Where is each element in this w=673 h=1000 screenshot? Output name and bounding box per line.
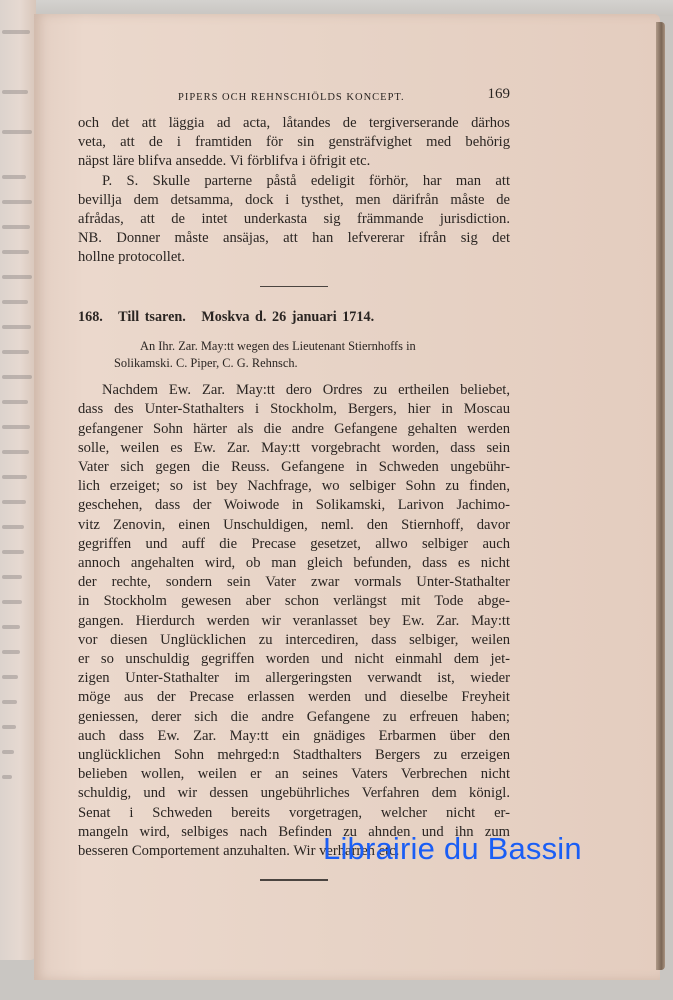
letter-place-date: Moskva d. 26 januari 1714.: [201, 309, 374, 325]
page-stack-edge: [656, 22, 665, 970]
page-number: 169: [488, 86, 511, 103]
page-text: PIPERS OCH REHNSCHIÖLDS KONCEPT. 169 och…: [78, 86, 510, 881]
letter-heading: 168. Till tsaren. Moskva d. 26 januari 1…: [78, 309, 510, 326]
section-divider: [260, 286, 328, 288]
facing-page-edge: [0, 0, 36, 960]
continued-paragraph: och det att läggia ad acta, låtandes de …: [78, 114, 510, 172]
letter-recipient: Till tsaren.: [118, 309, 186, 325]
letter-body: Nachdem Ew. Zar. May:tt dero Ordres zu e…: [78, 381, 510, 861]
running-header: PIPERS OCH REHNSCHIÖLDS KONCEPT. 169: [78, 86, 510, 108]
letter-summary: An Ihr. Zar. May:tt wegen des Lieutenant…: [114, 338, 510, 371]
letter-number: 168.: [78, 309, 103, 325]
end-divider: [260, 879, 328, 881]
watermark-text: Librairie du Bassin: [323, 831, 582, 867]
running-title: PIPERS OCH REHNSCHIÖLDS KONCEPT.: [178, 92, 405, 103]
postscript-paragraph: P. S. Skulle parterne påstå edeligit för…: [78, 172, 510, 268]
